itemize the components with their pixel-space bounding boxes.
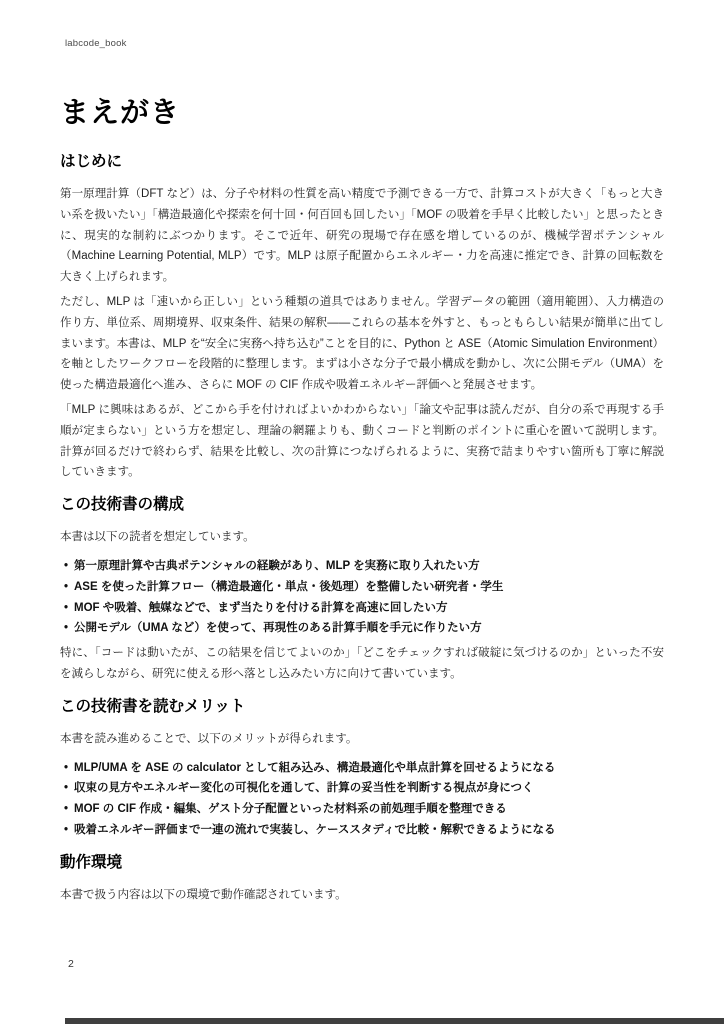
doc-label: labcode_book xyxy=(60,38,664,50)
list-item: 収束の見方やエネルギー変化の可視化を通して、計算の妥当性を判断する視点が身につく xyxy=(74,778,664,799)
paragraph: 第一原理計算（DFT など）は、分子や材料の性質を高い精度で予測できる一方で、計… xyxy=(60,184,664,288)
reader-bullet-list: 第一原理計算や古典ポテンシャルの経験があり、MLP を実務に取り入れたい方 AS… xyxy=(60,556,664,639)
page-number: 2 xyxy=(68,958,74,970)
paragraph: ただし、MLP は「速いから正しい」という種類の道具ではありません。学習データの… xyxy=(60,292,664,396)
paragraph: 本書で扱う内容は以下の環境で動作確認されています。 xyxy=(60,885,664,906)
paragraph: 本書は以下の読者を想定しています。 xyxy=(60,527,664,548)
page-content: labcode_book まえがき はじめに 第一原理計算（DFT など）は、分… xyxy=(0,0,724,906)
window-edge-bar xyxy=(65,1018,724,1024)
list-item: MOF の CIF 作成・編集、ゲスト分子配置といった材料系の前処理手順を整理で… xyxy=(74,799,664,820)
heading-kankyo: 動作環境 xyxy=(60,853,664,872)
heading-kousei: この技術書の構成 xyxy=(60,495,664,514)
list-item: 公開モデル（UMA など）を使って、再現性のある計算手順を手元に作りたい方 xyxy=(74,618,664,639)
paragraph: 本書を読み進めることで、以下のメリットが得られます。 xyxy=(60,729,664,750)
list-item: MOF や吸着、触媒などで、まず当たりを付ける計算を高速に回したい方 xyxy=(74,598,664,619)
document-page: labcode_book まえがき はじめに 第一原理計算（DFT など）は、分… xyxy=(0,0,724,1024)
list-item: 第一原理計算や古典ポテンシャルの経験があり、MLP を実務に取り入れたい方 xyxy=(74,556,664,577)
paragraph: 「MLP に興味はあるが、どこから手を付ければよいかわからない」「論文や記事は読… xyxy=(60,400,664,483)
heading-hajimeni: はじめに xyxy=(60,152,664,171)
heading-merit: この技術書を読むメリット xyxy=(60,697,664,716)
paragraph: 特に、「コードは動いたが、この結果を信じてよいのか」「どこをチェックすれば破綻に… xyxy=(60,643,664,685)
list-item: MLP/UMA を ASE の calculator として組み込み、構造最適化… xyxy=(74,758,664,779)
merit-bullet-list: MLP/UMA を ASE の calculator として組み込み、構造最適化… xyxy=(60,758,664,841)
page-title: まえがき xyxy=(60,96,664,130)
list-item: ASE を使った計算フロー（構造最適化・単点・後処理）を整備したい研究者・学生 xyxy=(74,577,664,598)
list-item: 吸着エネルギー評価まで一連の流れで実装し、ケーススタディで比較・解釈できるように… xyxy=(74,820,664,841)
